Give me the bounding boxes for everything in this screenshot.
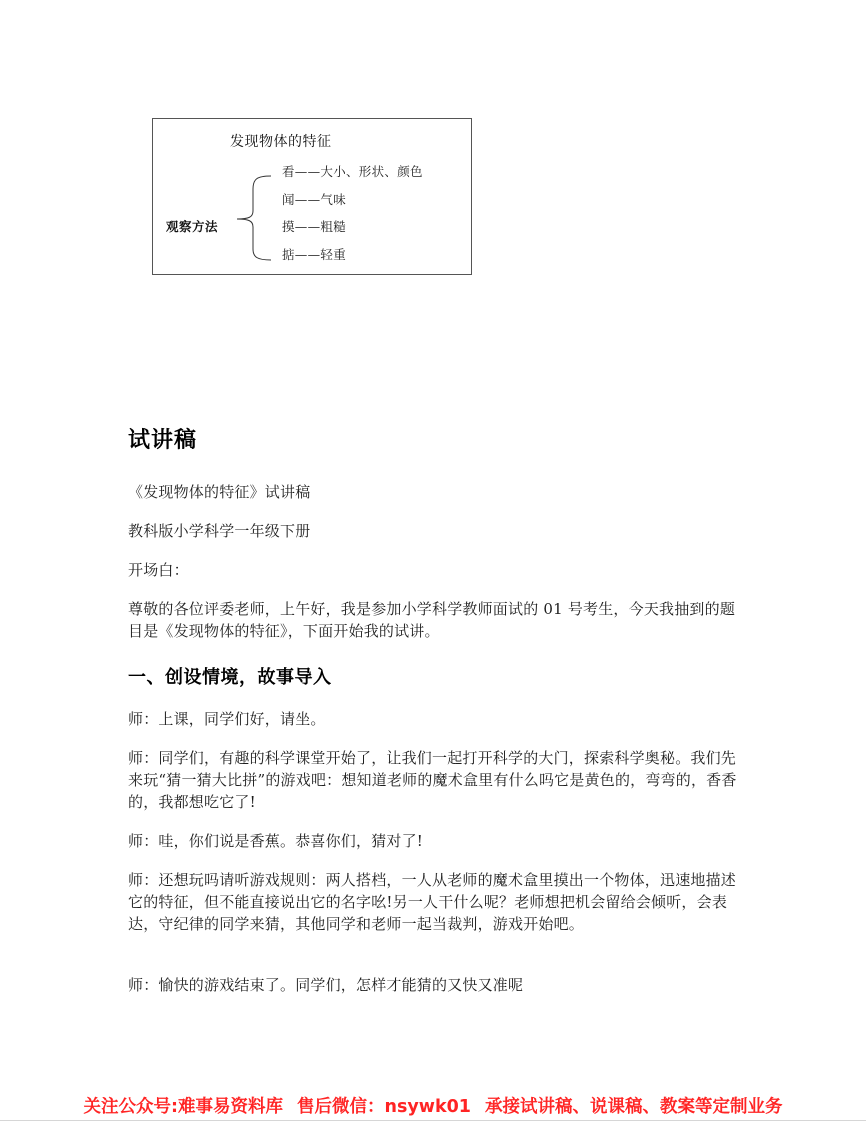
diagram-branch-look: 看——大小、形状、颜色 <box>282 162 423 180</box>
diagram-root-label: 观察方法 <box>166 217 218 235</box>
footer-services: 承接试讲稿、说课稿、教案等定制业务 <box>485 1097 783 1117</box>
lecture-title: 《发现物体的特征》试讲稿 <box>128 481 744 503</box>
page-title: 试讲稿 <box>128 423 197 454</box>
footer-wechat: 售后微信：nsywk01 <box>297 1097 471 1117</box>
dialogue-paragraph: 师：上课，同学们好，请坐。 <box>128 708 744 730</box>
document-page: 发现物体的特征 观察方法 看——大小、形状、颜色 闻——气味 摸——粗糙 掂——… <box>0 0 866 1122</box>
diagram-branch-weigh: 掂——轻重 <box>282 245 346 263</box>
opening-label: 开场白： <box>128 559 744 581</box>
opening-speech: 尊敬的各位评委老师，上午好，我是参加小学科学教师面试的 01 号考生，今天我抽到… <box>128 598 744 642</box>
dialogue-paragraph: 师：同学们，有趣的科学课堂开始了，让我们一起打开科学的大门，探索科学奥秘。我们先… <box>128 747 744 813</box>
diagram-branch-smell: 闻——气味 <box>282 190 346 208</box>
footer-account: 关注公众号:难事易资料库 <box>84 1097 284 1117</box>
diagram-branch-touch: 摸——粗糙 <box>282 217 346 235</box>
dialogue-paragraph: 师：愉快的游戏结束了。同学们，怎样才能猜的又快又准呢 <box>128 974 744 996</box>
dialogue-paragraph: 师：哇，你们说是香蕉。恭喜你们，猜对了! <box>128 830 744 852</box>
textbook-info: 教科版小学科学一年级下册 <box>128 520 744 542</box>
footer-watermark: 关注公众号:难事易资料库售后微信：nsywk01承接试讲稿、说课稿、教案等定制业… <box>0 1094 866 1122</box>
section-heading: 一、创设情境，故事导入 <box>128 663 332 689</box>
footer-divider <box>0 1120 866 1121</box>
curly-brace-icon <box>235 173 275 263</box>
diagram-title: 发现物体的特征 <box>230 131 332 151</box>
concept-diagram: 发现物体的特征 观察方法 看——大小、形状、颜色 闻——气味 摸——粗糙 掂——… <box>152 118 472 275</box>
dialogue-paragraph: 师：还想玩吗请听游戏规则：两人搭档，一人从老师的魔术盒里摸出一个物体，迅速地描述… <box>128 869 744 935</box>
